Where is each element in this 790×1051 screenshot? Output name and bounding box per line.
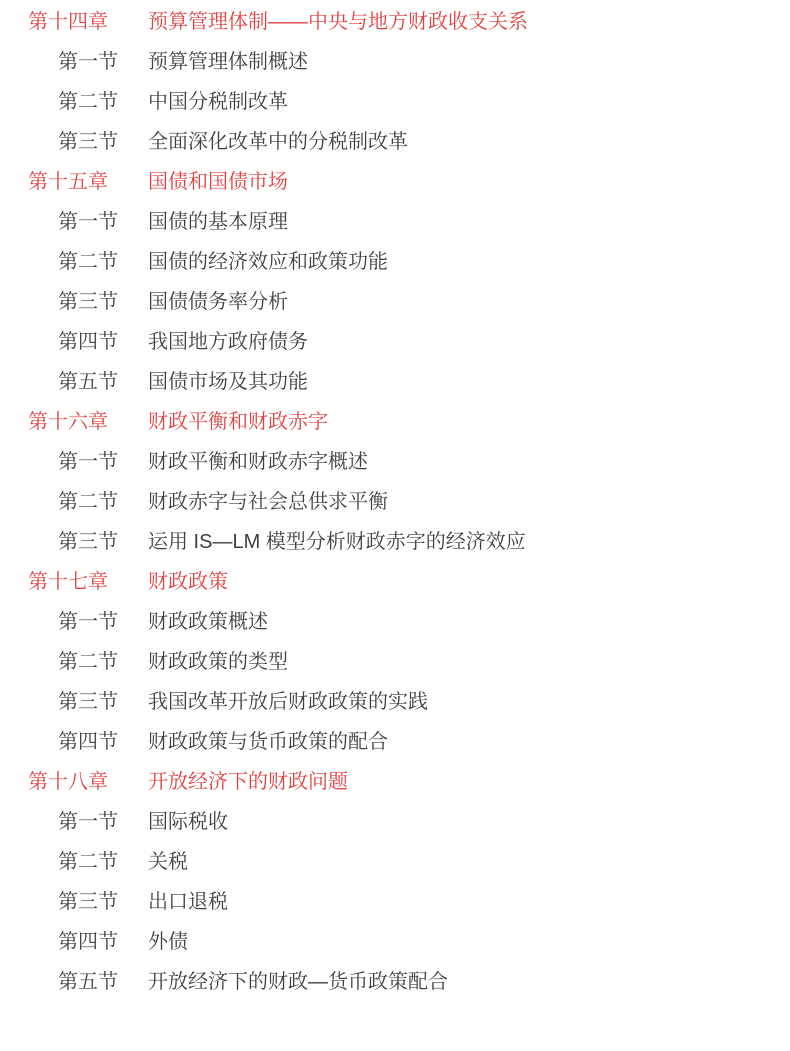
chapter-row: 第十八章 开放经济下的财政问题 <box>0 762 790 802</box>
section-title: 我国地方政府债务 <box>148 322 308 362</box>
section-row: 第一节 财政政策概述 <box>0 602 790 642</box>
section-number-label: 第四节 <box>58 922 148 962</box>
section-row: 第二节 财政政策的类型 <box>0 642 790 682</box>
section-title: 国际税收 <box>148 802 228 842</box>
section-number-label: 第二节 <box>58 482 148 522</box>
section-title: 国债的经济效应和政策功能 <box>148 242 388 282</box>
section-row: 第一节 国际税收 <box>0 802 790 842</box>
section-row: 第二节 财政赤字与社会总供求平衡 <box>0 482 790 522</box>
section-number-label: 第三节 <box>58 522 148 562</box>
section-row: 第五节 开放经济下的财政—货币政策配合 <box>0 962 790 1002</box>
section-row: 第四节 财政政策与货币政策的配合 <box>0 722 790 762</box>
section-title: 中国分税制改革 <box>148 82 288 122</box>
section-number-label: 第二节 <box>58 642 148 682</box>
section-number-label: 第二节 <box>58 82 148 122</box>
section-title: 开放经济下的财政—货币政策配合 <box>148 962 448 1002</box>
section-title: 国债债务率分析 <box>148 282 288 322</box>
section-row: 第二节 国债的经济效应和政策功能 <box>0 242 790 282</box>
chapter-row: 第十四章 预算管理体制——中央与地方财政收支关系 <box>0 2 790 42</box>
section-row: 第三节 我国改革开放后财政政策的实践 <box>0 682 790 722</box>
section-number-label: 第二节 <box>58 842 148 882</box>
chapter-title: 财政平衡和财政赤字 <box>148 402 328 442</box>
chapter-number-label: 第十五章 <box>28 162 148 202</box>
section-title: 出口退税 <box>148 882 228 922</box>
chapter-number-label: 第十四章 <box>28 2 148 42</box>
section-number-label: 第四节 <box>58 722 148 762</box>
section-row: 第一节 财政平衡和财政赤字概述 <box>0 442 790 482</box>
table-of-contents: 第十四章 预算管理体制——中央与地方财政收支关系 第一节 预算管理体制概述 第二… <box>0 0 790 1002</box>
section-title: 财政政策与货币政策的配合 <box>148 722 388 762</box>
chapter-title: 预算管理体制——中央与地方财政收支关系 <box>148 2 528 42</box>
chapter-title: 开放经济下的财政问题 <box>148 762 348 802</box>
chapter-row: 第十五章 国债和国债市场 <box>0 162 790 202</box>
section-row: 第三节 国债债务率分析 <box>0 282 790 322</box>
section-row: 第五节 国债市场及其功能 <box>0 362 790 402</box>
section-row: 第二节 关税 <box>0 842 790 882</box>
section-row: 第四节 我国地方政府债务 <box>0 322 790 362</box>
section-title: 预算管理体制概述 <box>148 42 308 82</box>
section-number-label: 第一节 <box>58 602 148 642</box>
section-title: 财政政策的类型 <box>148 642 288 682</box>
section-number-label: 第三节 <box>58 682 148 722</box>
section-title: 国债市场及其功能 <box>148 362 308 402</box>
section-row: 第三节 出口退税 <box>0 882 790 922</box>
section-number-label: 第五节 <box>58 962 148 1002</box>
section-row: 第四节 外债 <box>0 922 790 962</box>
section-title: 国债的基本原理 <box>148 202 288 242</box>
section-row: 第三节 运用 IS—LM 模型分析财政赤字的经济效应 <box>0 522 790 562</box>
section-title: 关税 <box>148 842 188 882</box>
section-number-label: 第二节 <box>58 242 148 282</box>
section-title: 外债 <box>148 922 188 962</box>
section-number-label: 第三节 <box>58 122 148 162</box>
section-title: 运用 IS—LM 模型分析财政赤字的经济效应 <box>148 522 526 562</box>
section-row: 第二节 中国分税制改革 <box>0 82 790 122</box>
section-number-label: 第一节 <box>58 202 148 242</box>
section-title: 我国改革开放后财政政策的实践 <box>148 682 428 722</box>
section-number-label: 第一节 <box>58 802 148 842</box>
section-number-label: 第三节 <box>58 282 148 322</box>
section-row: 第一节 国债的基本原理 <box>0 202 790 242</box>
section-row: 第三节 全面深化改革中的分税制改革 <box>0 122 790 162</box>
chapter-number-label: 第十七章 <box>28 562 148 602</box>
chapter-row: 第十六章 财政平衡和财政赤字 <box>0 402 790 442</box>
section-number-label: 第一节 <box>58 442 148 482</box>
chapter-title: 财政政策 <box>148 562 228 602</box>
chapter-row: 第十七章 财政政策 <box>0 562 790 602</box>
section-number-label: 第一节 <box>58 42 148 82</box>
chapter-number-label: 第十六章 <box>28 402 148 442</box>
chapter-title: 国债和国债市场 <box>148 162 288 202</box>
section-title: 财政政策概述 <box>148 602 268 642</box>
section-number-label: 第三节 <box>58 882 148 922</box>
section-number-label: 第五节 <box>58 362 148 402</box>
section-title: 财政赤字与社会总供求平衡 <box>148 482 388 522</box>
section-number-label: 第四节 <box>58 322 148 362</box>
section-title: 财政平衡和财政赤字概述 <box>148 442 368 482</box>
section-row: 第一节 预算管理体制概述 <box>0 42 790 82</box>
section-title: 全面深化改革中的分税制改革 <box>148 122 408 162</box>
chapter-number-label: 第十八章 <box>28 762 148 802</box>
